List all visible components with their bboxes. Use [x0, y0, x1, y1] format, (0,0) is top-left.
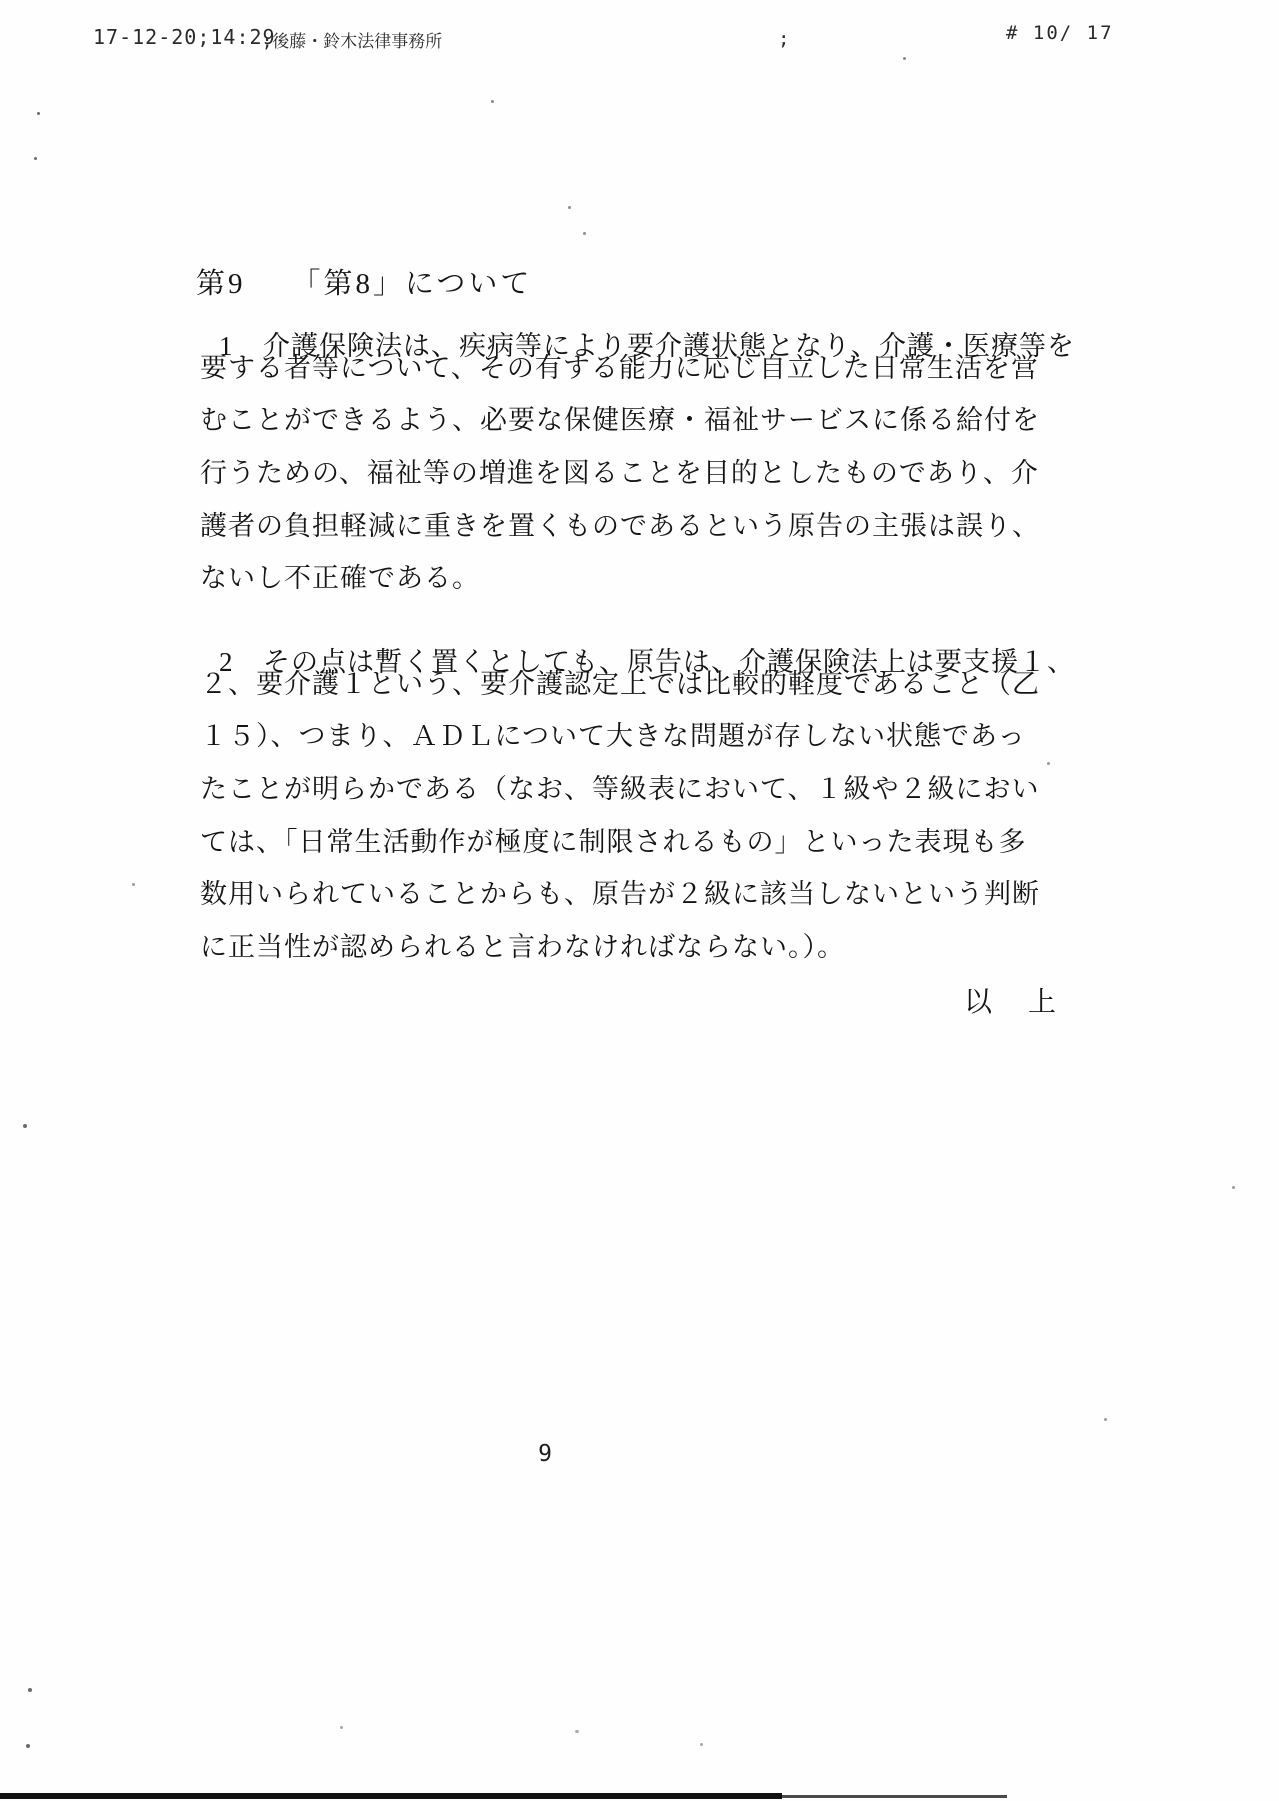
scan-noise-dot — [26, 1744, 30, 1748]
scan-noise-dot — [575, 1730, 579, 1733]
page-number: 9 — [513, 1441, 577, 1467]
paragraph-2-line-7: に正当性が認められると言わなければならない。）。 — [200, 932, 1068, 963]
scan-noise-dot — [132, 883, 135, 886]
fax-page: 17-12-20;14:29 ;後藤・鈴木法律事務所 ; # 10/ 17 第9… — [0, 0, 1279, 1801]
fax-page-indicator: # 10/ 17 — [1006, 22, 1114, 44]
scan-artifact-bar-extension — [782, 1795, 1007, 1798]
paragraph-1-line-6: ないし不正確である。 — [200, 563, 1068, 594]
paragraph-1-line-4: 行うための、福祉等の増進を図ることを目的としたものであり、介 — [200, 458, 1068, 489]
scan-noise-dot — [1104, 1418, 1107, 1421]
scan-noise-dot — [568, 206, 571, 209]
closing-ijou: 以 上 — [200, 989, 1060, 1017]
fax-separator: ; — [778, 28, 789, 50]
scan-noise-dot — [903, 57, 906, 60]
scan-noise-dot — [340, 1726, 343, 1729]
scan-noise-dot — [28, 1688, 32, 1692]
scan-noise-dot — [1047, 762, 1050, 765]
section-heading-number: 第9 — [196, 268, 246, 300]
paragraph-2-line-5: ては、「日常生活動作が極度に制限されるもの」といった表現も多 — [200, 827, 1068, 858]
paragraph-1-line-5: 護者の負担軽減に重きを置くものであるという原告の主張は誤り、 — [200, 511, 1068, 542]
scan-noise-dot — [23, 1124, 27, 1128]
paragraph-2-line-3: １５）、つまり、ＡＤＬについて大きな問題が存しない状態であっ — [200, 721, 1068, 752]
paragraph-1-line-2: 要する者等について、その有する能力に応じ自立した日常生活を営 — [200, 353, 1068, 384]
paragraph-2-line-4: たことが明らかである（なお、等級表において、１級や２級におい — [200, 774, 1068, 805]
paragraph-2-line-6: 数用いられていることからも、原告が２級に該当しないという判断 — [200, 879, 1068, 910]
paragraph-1-line-3: むことができるよう、必要な保健医療・福祉サービスに係る給付を — [200, 405, 1068, 436]
section-heading-title: 「第8」について — [292, 268, 533, 300]
scan-artifact-bar — [0, 1793, 782, 1799]
scan-noise-dot — [1232, 1186, 1235, 1189]
scan-noise-dot — [34, 157, 37, 160]
scan-noise-dot — [491, 100, 494, 103]
fax-timestamp: 17-12-20;14:29 — [93, 25, 276, 49]
fax-sender-name: ;後藤・鈴木法律事務所 — [262, 27, 442, 52]
scan-noise-dot — [37, 112, 40, 115]
scan-noise-dot — [700, 1743, 703, 1746]
scan-noise-dot — [583, 232, 586, 235]
paragraph-2-line-2: ２、要介護１という、要介護認定上では比較的軽度であること（乙 — [200, 669, 1068, 700]
